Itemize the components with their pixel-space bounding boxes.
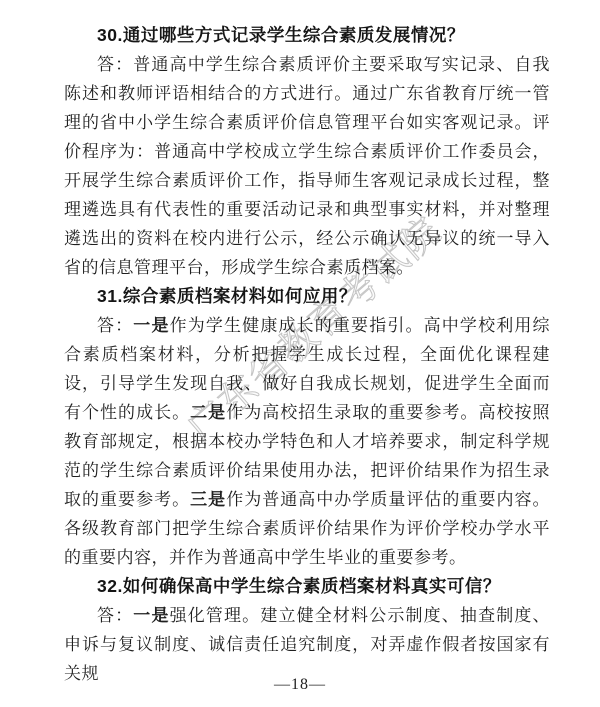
bold-text-run: 一是 (133, 606, 169, 625)
bold-text-run: 一是 (133, 316, 169, 335)
text-run: 答：普通高中学生综合素质评价主要采取写实记录、自我陈述和教师评语相结合的方式进行… (64, 55, 550, 277)
answer-paragraph: 答：一是强化管理。建立健全材料公示制度、抽查制度、申诉与复议制度、诚信责任追究制… (64, 601, 550, 688)
bold-text-run: 三是 (190, 490, 226, 509)
text-run: 32.如何确保高中学生综合素质档案材料真实可信？ (97, 576, 501, 596)
question-heading: 32.如何确保高中学生综合素质档案材料真实可信？ (64, 572, 550, 601)
text-run: 30.通过哪些方式记录学生综合素质发展情况？ (97, 25, 465, 45)
text-run: 答： (97, 316, 133, 335)
page-number: —18— (0, 676, 600, 694)
text-run: 31.综合素质档案材料如何应用？ (97, 286, 357, 306)
answer-paragraph: 答：一是作为学生健康成长的重要指引。高中学校利用综合素质档案材料，分析把握学生成… (64, 311, 550, 572)
question-heading: 31.综合素质档案材料如何应用？ (64, 282, 550, 311)
text-run: 答： (97, 606, 133, 625)
question-heading: 30.通过哪些方式记录学生综合素质发展情况？ (64, 21, 550, 50)
answer-paragraph: 答：普通高中学生综合素质评价主要采取写实记录、自我陈述和教师评语相结合的方式进行… (64, 50, 550, 282)
bold-text-run: 二是 (190, 403, 226, 422)
page-text: 30.通过哪些方式记录学生综合素质发展情况？答：普通高中学生综合素质评价主要采取… (64, 21, 550, 688)
document-page: 广东省教育考试院 30.通过哪些方式记录学生综合素质发展情况？答：普通高中学生综… (0, 0, 600, 707)
